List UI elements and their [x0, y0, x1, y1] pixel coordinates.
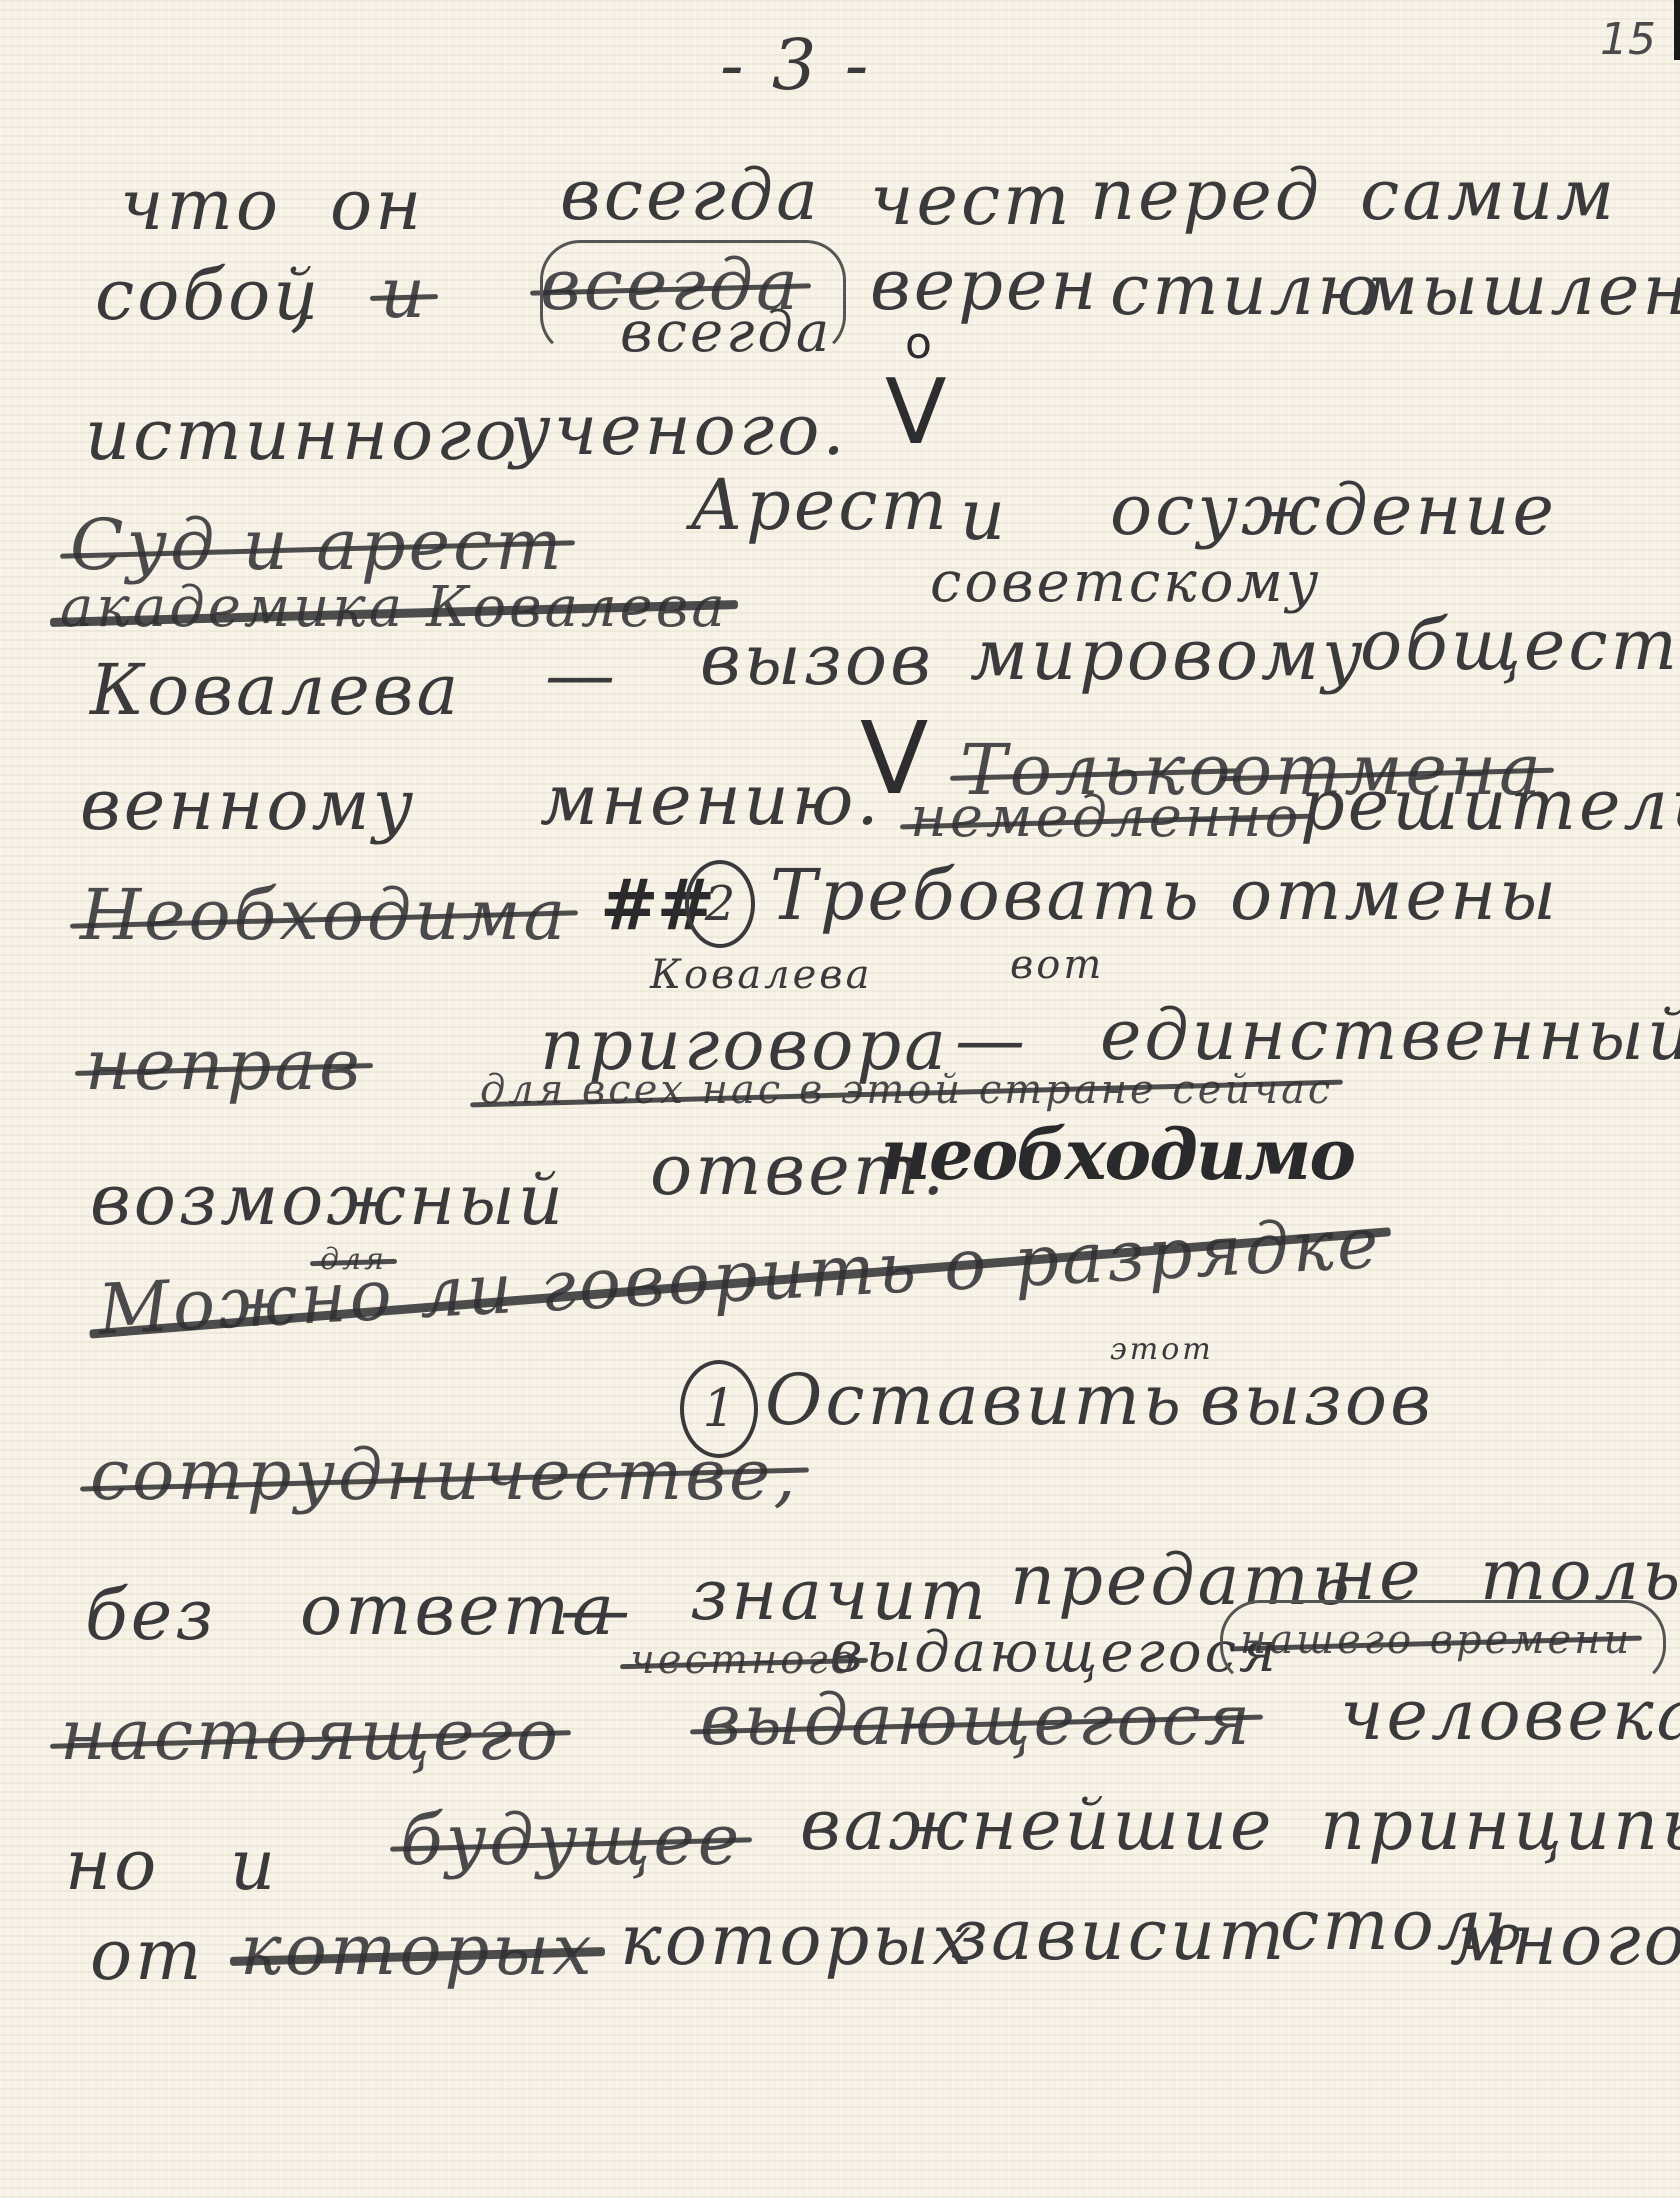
- word: общест-: [1360, 610, 1680, 680]
- page-number: 15: [1600, 14, 1656, 65]
- word: ученого.: [510, 395, 848, 465]
- deleted-word: немедленно: [910, 785, 1301, 850]
- word: возможный: [90, 1165, 566, 1235]
- word: вызов: [700, 625, 934, 695]
- deleted-phrase: для всех нас в этой стране сейчас: [480, 1067, 1333, 1113]
- deleted-word: Необходима: [80, 874, 568, 956]
- word: мировому: [970, 620, 1366, 690]
- word: чест: [870, 165, 1073, 235]
- word: перед: [1090, 160, 1322, 230]
- word: зависит: [950, 1900, 1287, 1970]
- word: осуждение: [1110, 475, 1557, 545]
- word: от: [90, 1920, 205, 1990]
- word: и: [230, 1830, 278, 1900]
- sheet-marker: - 3 -: [720, 30, 871, 100]
- word: мышления: [1360, 255, 1680, 325]
- inserted-word: вот: [1010, 945, 1104, 985]
- dash: —: [560, 1575, 633, 1645]
- word: важнейшие: [800, 1790, 1274, 1860]
- word: принципы: [1320, 1790, 1680, 1860]
- word: человека,: [1340, 1680, 1680, 1750]
- word: вызов: [1200, 1365, 1434, 1435]
- deleted-word: честного: [630, 1637, 858, 1683]
- word: Требовать: [770, 860, 1202, 930]
- deleted-word: будущее: [400, 1799, 742, 1881]
- deleted-word: настоящего: [60, 1694, 561, 1776]
- circled-number-text: 2: [705, 876, 736, 932]
- inserted-word: выдающегося: [830, 1625, 1279, 1681]
- word: истинного: [85, 400, 520, 470]
- deleted-phrase: Суд и арест: [70, 504, 565, 586]
- manuscript-page: - 3 - 15 что он всегда чест перед самим …: [0, 0, 1680, 2198]
- circled-number: 2: [685, 860, 755, 948]
- dash: —: [545, 640, 618, 710]
- inserted-word: решительно: [1300, 770, 1680, 840]
- circled-number-text: 1: [702, 1379, 735, 1439]
- word: единственный: [1100, 1000, 1680, 1070]
- word: без: [85, 1580, 216, 1650]
- inserted-word: Ковалева: [650, 955, 872, 995]
- word: но: [65, 1830, 159, 1900]
- deleted-word: неправ: [85, 1024, 363, 1106]
- word: верен: [870, 250, 1100, 320]
- word: стилю: [1110, 255, 1382, 325]
- word: Ковалева: [90, 655, 461, 725]
- word: Арест: [690, 470, 950, 540]
- word: ,: [290, 265, 315, 335]
- word: мнению.: [540, 765, 882, 835]
- inserted-word: советскому: [930, 555, 1321, 611]
- deleted-word: которых: [240, 1909, 595, 1991]
- deleted-word: выдающегося: [700, 1679, 1253, 1761]
- deleted-word: и: [380, 252, 428, 334]
- page-edge-shadow: [1674, 0, 1680, 60]
- word: Оставить: [765, 1365, 1184, 1435]
- word: многое.: [1450, 1905, 1680, 1975]
- word: и: [960, 480, 1008, 550]
- deleted-word: сотрудничестве,: [90, 1434, 799, 1516]
- word: самим: [1360, 160, 1617, 230]
- deleted-phrase: академика Ковалева: [60, 575, 728, 640]
- word: отмены: [1230, 860, 1559, 930]
- scribble-mark: необходимо: [880, 1120, 1354, 1190]
- word: что: [120, 170, 281, 240]
- deleted-phrase: нашего времени: [1240, 1617, 1632, 1663]
- insert-caret-icon: V: [885, 360, 947, 465]
- dash: —: [955, 1005, 1028, 1075]
- word: которых: [620, 1905, 975, 1975]
- word: он: [330, 170, 424, 240]
- word: всегда: [560, 160, 821, 230]
- word: венному: [80, 770, 416, 840]
- inserted-word: всегда: [620, 305, 832, 361]
- word: собой: [95, 260, 321, 330]
